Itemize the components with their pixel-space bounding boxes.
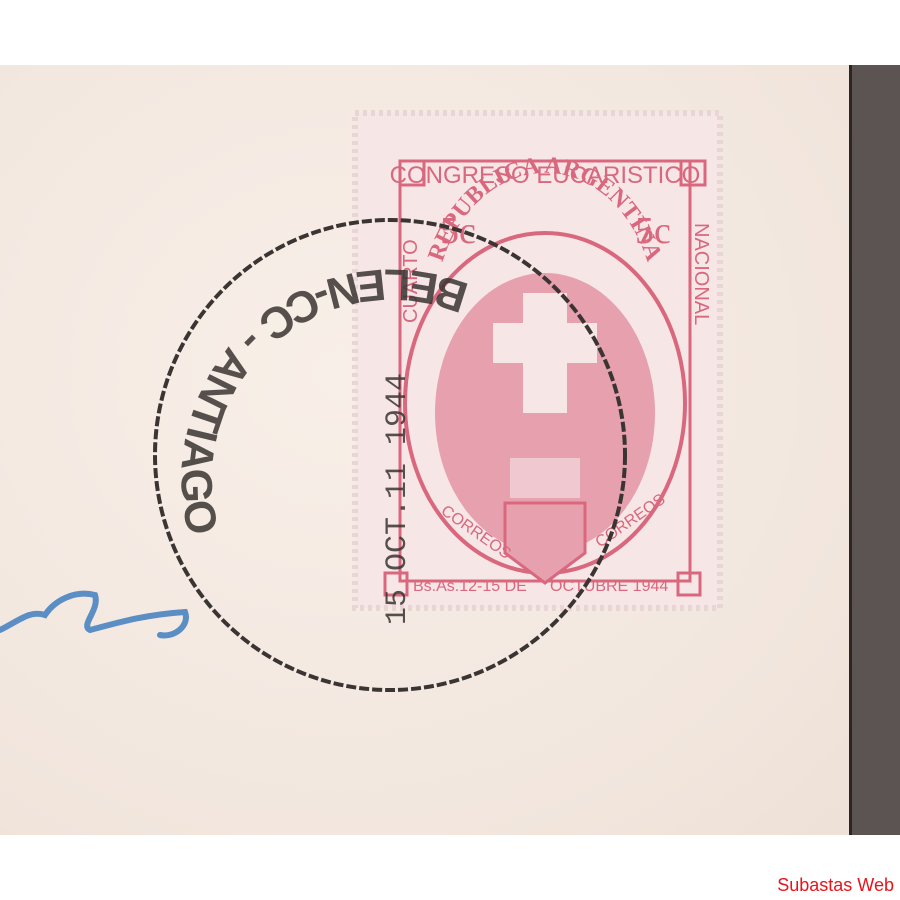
scan-background: CONGRESO EUCARISTICO 5c 5c CUARTO NACION… (0, 65, 900, 835)
svg-text:BELEN-CC - ANTIAGO: BELEN-CC - ANTIAGO (171, 259, 473, 538)
envelope-edge (849, 65, 852, 835)
envelope: CONGRESO EUCARISTICO 5c 5c CUARTO NACION… (0, 65, 850, 835)
postmark-date: 15 OCT.11 1944 (381, 373, 415, 625)
postmark-ring-text: BELEN-CC - ANTIAGO (171, 259, 473, 538)
postmark: BELEN-CC - ANTIAGO 15 OCT.11 1944 (140, 205, 640, 705)
watermark: Subastas Web (777, 875, 894, 896)
stamp-right-text: NACIONAL (690, 223, 712, 325)
